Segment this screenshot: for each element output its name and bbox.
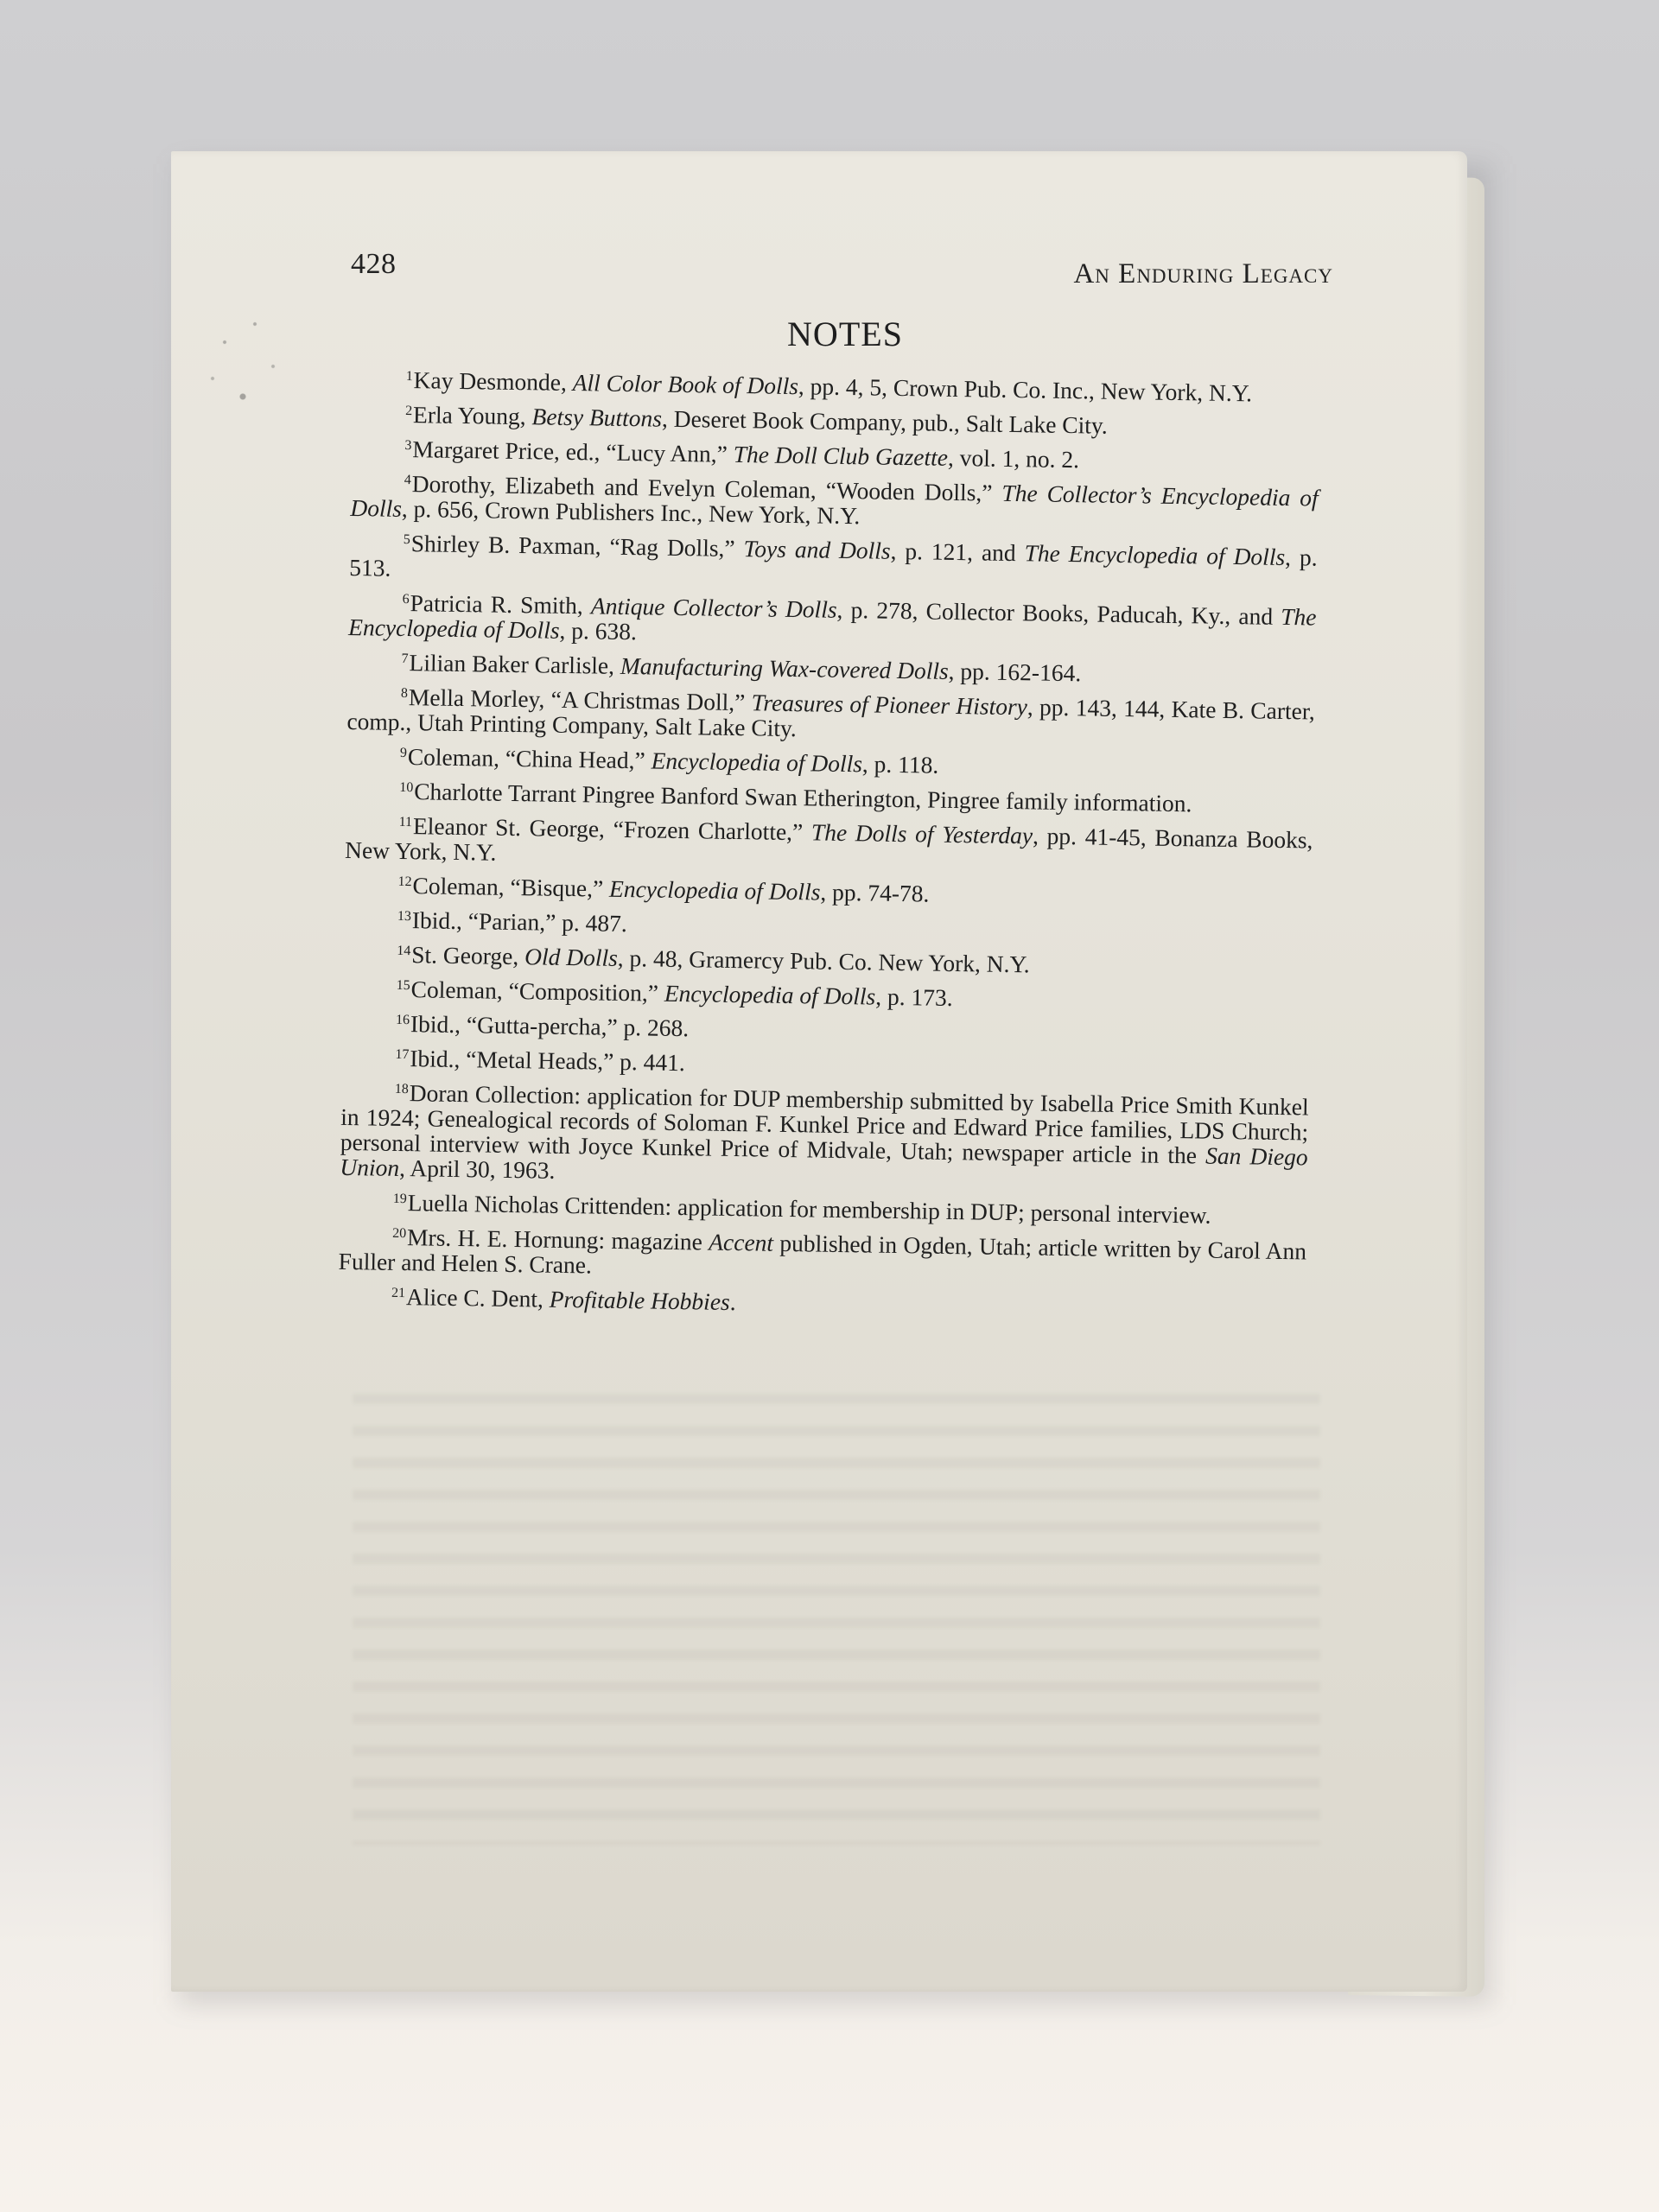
citation-text: Coleman, “Composition,” — [410, 976, 664, 1007]
citation-text: Ibid., “Metal Heads,” p. 441. — [410, 1045, 685, 1076]
cited-title: Encyclopedia of Dolls — [651, 747, 862, 777]
running-head: An Enduring Legacy — [1073, 258, 1333, 290]
cited-title: Encyclopedia of Dolls — [609, 875, 821, 906]
footnote-number: 8 — [401, 686, 408, 701]
cited-title: All Color Book of Dolls — [572, 369, 798, 399]
footnote-number: 7 — [401, 652, 408, 666]
cited-title: Accent — [709, 1229, 773, 1256]
section-title: NOTES — [171, 314, 1467, 354]
footnote-number: 17 — [395, 1047, 409, 1062]
cited-title: Betsy Buttons — [531, 403, 662, 431]
ink-specks — [188, 294, 309, 415]
book-page: 428 An Enduring Legacy NOTES 1Kay Desmon… — [171, 151, 1467, 1992]
citation-text: , Deseret Book Company, pub., Salt Lake … — [662, 405, 1108, 439]
footnote-number: 14 — [397, 944, 410, 958]
footnote-number: 15 — [397, 978, 410, 993]
citation-text: Coleman, “Bisque,” — [412, 872, 609, 902]
footnote-6: 6Patricia R. Smith, Antique Collector’s … — [348, 586, 1317, 655]
footnote-number: 21 — [391, 1286, 405, 1300]
footnote-number: 9 — [400, 746, 407, 760]
footnote-11: 11Eleanor St. George, “Frozen Charlotte,… — [345, 809, 1313, 878]
footnote-number: 1 — [406, 369, 413, 384]
citation-text: St. George, — [411, 941, 524, 969]
cited-title: Old Dolls — [524, 943, 618, 971]
citation-text: Erla Young, — [413, 401, 532, 429]
footnote-number: 5 — [404, 532, 410, 547]
footnote-5: 5Shirley B. Paxman, “Rag Dolls,” Toys an… — [349, 526, 1318, 595]
footnote-number: 4 — [404, 473, 411, 487]
citation-text: , p. 48, Gramercy Pub. Co. New York, N.Y… — [618, 944, 1030, 977]
citation-text: Kay Desmonde, — [413, 366, 573, 396]
cited-title: Encyclopedia of Dolls — [664, 980, 876, 1010]
citation-text: Alice C. Dent, — [406, 1283, 550, 1313]
footnote-number: 10 — [399, 780, 413, 795]
citation-text: Ibid., “Gutta-percha,” p. 268. — [410, 1010, 690, 1041]
footnote-number: 20 — [392, 1226, 406, 1241]
citation-text: Lilian Baker Carlisle, — [409, 649, 620, 679]
citation-text: . — [730, 1288, 736, 1315]
footnote-number: 13 — [397, 909, 411, 924]
footnote-number: 11 — [399, 815, 413, 829]
citation-text: , pp. 162-164. — [948, 658, 1081, 686]
page-header: 428 An Enduring Legacy — [351, 248, 1333, 291]
citation-text: , pp. 74-78. — [820, 879, 930, 907]
footnote-number: 18 — [395, 1082, 409, 1096]
footnote-20: 20Mrs. H. E. Hornung: magazine Accent pu… — [338, 1220, 1306, 1289]
cited-title: Profitable Hobbies — [550, 1286, 730, 1315]
footnote-4: 4Dorothy, Elizabeth and Evelyn Coleman, … — [350, 467, 1319, 536]
citation-text: , p. 638. — [559, 617, 637, 645]
cited-title: The Doll Club Gazette — [734, 441, 949, 471]
cited-title: Manufacturing Wax-covered Dolls — [620, 652, 949, 684]
show-through-text — [353, 1378, 1320, 1845]
citation-text: , p. 118. — [862, 750, 939, 778]
citation-text: Ibid., “Parian,” p. 487. — [412, 906, 627, 937]
citation-text: , p. 121, and — [890, 537, 1024, 566]
citation-text: , April 30, 1963. — [399, 1154, 556, 1184]
citation-text: , pp. 4, 5, Crown Pub. Co. Inc., New Yor… — [798, 372, 1253, 406]
footnote-18: 18Doran Collection: application for DUP … — [340, 1076, 1309, 1195]
citation-text: , p. 278, Collector Books, Pa­ducah, Ky.… — [836, 596, 1281, 630]
citation-text: , p. 173. — [875, 983, 953, 1011]
cited-title: The Dolls of Yesterday — [811, 818, 1033, 849]
footnote-number: 6 — [403, 592, 410, 607]
citation-text: Margaret Price, ed., “Lucy Ann,” — [412, 435, 734, 467]
footnote-number: 16 — [396, 1013, 410, 1027]
footnote-number: 19 — [393, 1192, 407, 1206]
cited-title: Toys and Dolls — [743, 535, 891, 564]
cited-title: The Ency­clopedia of Dolls — [1024, 539, 1285, 570]
footnote-number: 3 — [404, 438, 411, 453]
citation-text: Shirley B. Paxman, “Rag Dolls,” — [410, 530, 743, 562]
footnote-8: 8Mella Morley, “A Christmas Doll,” Treas… — [346, 680, 1315, 749]
footnote-number: 12 — [397, 874, 411, 889]
citation-text: , vol. 1, no. 2. — [948, 444, 1079, 473]
page-number: 428 — [351, 248, 397, 281]
notes-list: 1Kay Desmonde, All Color Book of Dolls, … — [338, 363, 1320, 1329]
footnote-number: 2 — [405, 404, 412, 418]
citation-text: Coleman, “China Head,” — [408, 743, 652, 773]
